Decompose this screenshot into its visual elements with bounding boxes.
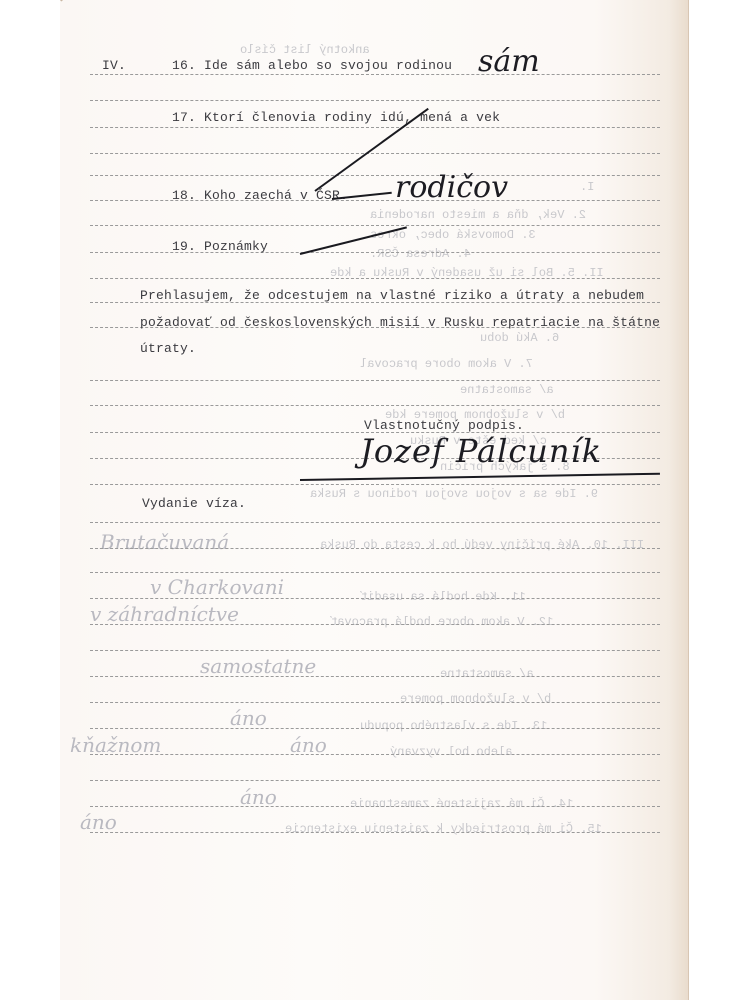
section-number: IV. bbox=[102, 58, 126, 73]
question-16: 16. Ide sám alebo so svojou rodinou bbox=[172, 58, 452, 73]
rule-line bbox=[90, 153, 660, 154]
rule-line bbox=[90, 127, 660, 128]
handwritten-answer: sám bbox=[478, 44, 540, 79]
rule-line bbox=[90, 780, 660, 781]
rule-line bbox=[90, 522, 660, 523]
show-through-text: ankotný list číslo bbox=[240, 43, 370, 57]
rule-line bbox=[90, 225, 660, 226]
rule-line bbox=[90, 74, 660, 75]
show-through-text: I. bbox=[580, 180, 594, 194]
rule-line bbox=[90, 702, 660, 703]
rule-line bbox=[90, 754, 660, 755]
show-through-text: 6. Akú dobu bbox=[480, 331, 559, 345]
rule-line bbox=[90, 728, 660, 729]
question-number: 17. bbox=[172, 110, 196, 125]
rule-line bbox=[90, 175, 660, 176]
show-through-handwriting: v záhradníctve bbox=[90, 602, 239, 626]
show-through-text: 2. Vek, dňa a miesto narodenia bbox=[370, 208, 586, 222]
show-through-text: a/ samostatne bbox=[440, 667, 534, 681]
question-label: Koho zaechá v ČSR. bbox=[204, 188, 348, 203]
show-through-handwriting: Brutačuvaná bbox=[100, 530, 229, 554]
declaration-line: Prehlasujem, že odcestujem na vlastné ri… bbox=[140, 288, 644, 303]
question-label: Ktorí členovia rodiny idú, mená a vek bbox=[204, 110, 500, 125]
rule-line bbox=[90, 806, 660, 807]
show-through-handwriting: áno bbox=[80, 810, 117, 834]
show-through-text: b/ v služobnom pomere bbox=[400, 692, 551, 706]
question-17: 17. Ktorí členovia rodiny idú, mená a ve… bbox=[172, 110, 500, 125]
show-through-text: 9. Ide sa s vojou svojou rodinou s Ruska bbox=[310, 487, 598, 501]
question-label: Poznámky bbox=[204, 239, 268, 254]
signature: Jozef Pálcuník bbox=[360, 432, 602, 470]
show-through-handwriting: v Charkovani bbox=[150, 575, 284, 599]
show-through-text: III. 10. Aké príčiny vedú ho k cesta do … bbox=[320, 538, 644, 552]
rule-line bbox=[90, 484, 660, 485]
show-through-text: 7. V akom obore pracoval bbox=[360, 357, 533, 371]
show-through-text: 4. Adresa ČSR. bbox=[370, 247, 471, 261]
rule-line bbox=[90, 598, 660, 599]
show-through-handwriting: áno bbox=[230, 706, 267, 730]
document-page: ankotný list číslo I. 2. Vek, dňa a mies… bbox=[60, 0, 689, 1000]
signature-label: Vlastnotučný podpis. bbox=[364, 418, 524, 433]
visa-label: Vydanie víza. bbox=[142, 496, 246, 511]
question-number: 18. bbox=[172, 188, 196, 203]
show-through-handwriting: samostatne bbox=[200, 654, 316, 678]
rule-line bbox=[90, 380, 660, 381]
rule-line bbox=[90, 100, 660, 101]
declaration-line: útraty. bbox=[140, 341, 196, 356]
rule-line bbox=[90, 650, 660, 651]
show-through-text: 13. Ide s vlastného popudu bbox=[360, 719, 547, 733]
question-label: Ide sám alebo so svojou rodinou bbox=[204, 58, 452, 73]
show-through-text: 15. Či má prostriedky k zaisteniu existe… bbox=[285, 822, 602, 836]
rule-line bbox=[90, 624, 660, 625]
rule-line bbox=[90, 405, 660, 406]
question-19: 19. Poznámky bbox=[172, 239, 268, 254]
rule-line bbox=[90, 676, 660, 677]
question-18: 18. Koho zaechá v ČSR. bbox=[172, 188, 348, 203]
show-through-text: 11. Kde hodlá sa usadiť bbox=[360, 590, 526, 604]
rule-line bbox=[90, 832, 660, 833]
handwritten-answer: rodičov bbox=[395, 170, 508, 205]
question-number: 19. bbox=[172, 239, 196, 254]
rule-line bbox=[90, 278, 660, 279]
rule-line bbox=[90, 548, 660, 549]
show-through-text: 14. Či má zajistené zamestnanie bbox=[350, 797, 573, 811]
show-through-text: 12. V akom obore hodlá pracovať bbox=[330, 615, 553, 629]
question-number: 16. bbox=[172, 58, 196, 73]
declaration-line: požadovať od československých misií v Ru… bbox=[140, 315, 660, 330]
rule-line bbox=[90, 572, 660, 573]
show-through-text: alebo bol vyzvaný bbox=[390, 745, 512, 759]
show-through-text: a/ samostatne bbox=[460, 383, 554, 397]
